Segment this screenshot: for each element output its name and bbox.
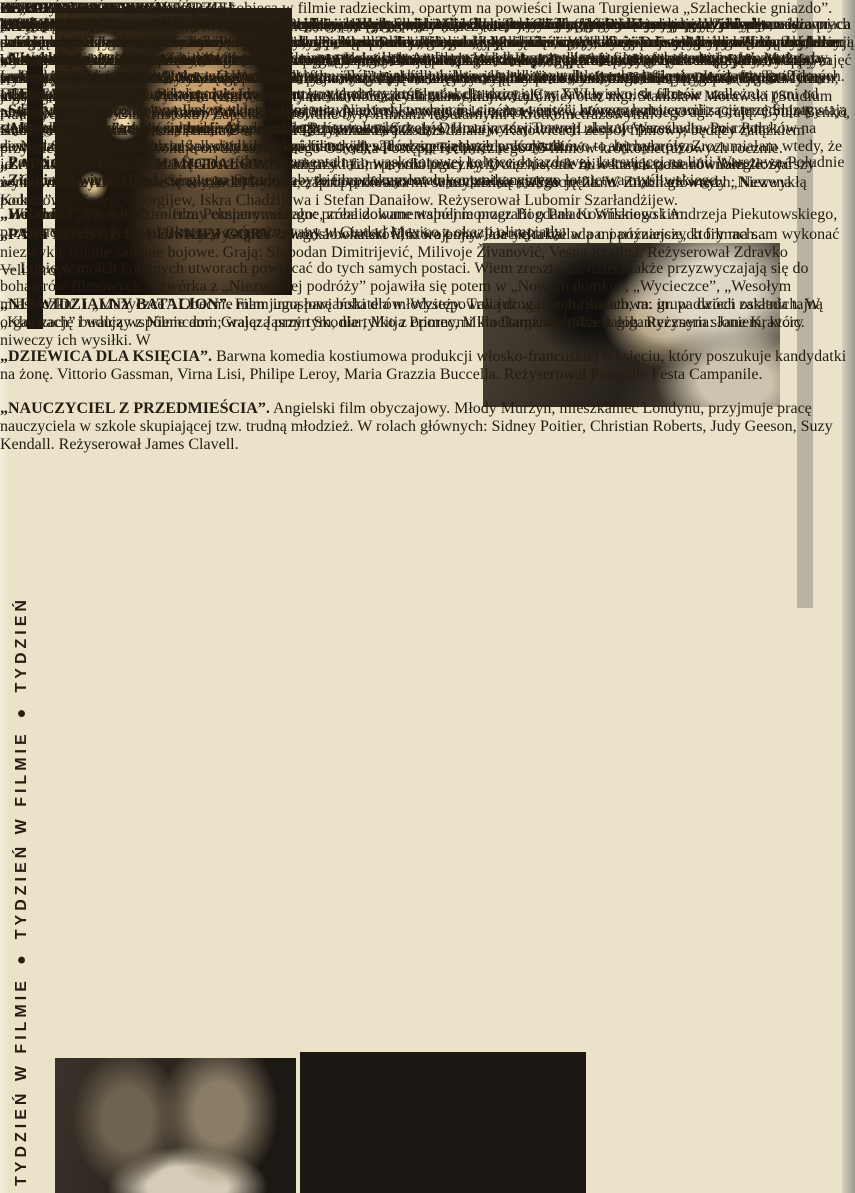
- starzyki-still-photo: [300, 1052, 586, 1193]
- film-description: reż. Włodzimierza Pomianowskiego: próba …: [77, 206, 688, 223]
- film-title: „Wilanów”: [0, 206, 77, 223]
- film-description: reż. Jana Łomnickiego: film o Eugeniuszu…: [0, 50, 845, 103]
- magazine-page: TYDZIEŃ W FILMIE ● TYDZIEŃ W FILMIE ● TY…: [0, 0, 855, 1193]
- film-description: reż. Sergiusza Sprudina — to film dokume…: [136, 172, 721, 189]
- film-title: „NIEWIDZIALNY BATALION”.: [0, 296, 231, 313]
- wfd-in-production-header: FILMY NA UKOŃCZENIU: [0, 16, 855, 34]
- film-entry: „Akt oskarżenia” reż. Krzysztofa Gradows…: [0, 120, 855, 156]
- film-title: „DZIEWICA DLA KSIĘCIA”.: [0, 348, 212, 365]
- film-title: „Akt oskarżenia”: [0, 120, 120, 137]
- film-entry: „Wilanów” reż. Włodzimierza Pomianowskie…: [0, 206, 855, 224]
- film-entry: „DZIEWICA DLA KSIĘCIA”. Barwna komedia k…: [0, 348, 855, 384]
- film-title: „NAUCZYCIEL Z PRZEDMIEŚCIA”.: [0, 400, 270, 417]
- wfd-in-production-column: FILMY NA UKOŃCZENIU „Gienek” reż. Jana Ł…: [0, 0, 855, 240]
- na-planie-still-photo: [55, 1058, 296, 1193]
- film-description: reż. Krzysztofa Gradowskiego powraca do …: [0, 120, 816, 155]
- film-entry: „NIEWIDZIALNY BATALION”. Film jugosłowia…: [0, 296, 855, 332]
- film-title: „Gienek”: [0, 50, 65, 67]
- film-entry: „Ziemia-powietrze” reż. Sergiusza Sprudi…: [0, 172, 855, 190]
- film-entry: „Gienek” reż. Jana Łomnickiego: film o E…: [0, 50, 855, 104]
- film-entry: „NAUCZYCIEL Z PRZEDMIEŚCIA”. Angielski f…: [0, 400, 855, 454]
- film-title: „Ziemia-powietrze”: [0, 172, 136, 189]
